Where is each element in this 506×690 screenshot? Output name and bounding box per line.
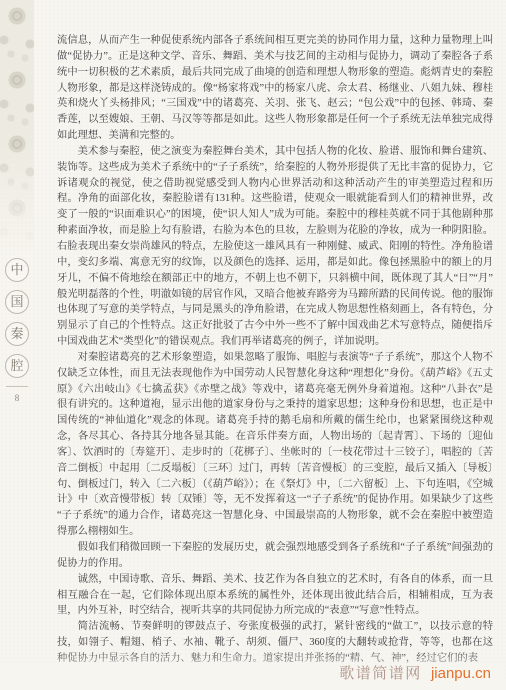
spine-divider — [6, 386, 28, 387]
watermark-site-name: 歌谱简谱网 — [339, 665, 422, 682]
floral-border-ornament — [0, 0, 34, 252]
scanned-book-page: 中 国 秦 腔 8 流信息，从而产生一种促使系统内部各子系统间相互更完美的协同作… — [0, 0, 506, 690]
spine-seal-circle: 秦 — [5, 322, 29, 346]
book-spine-title: 中 国 秦 腔 8 — [4, 258, 30, 403]
spine-seal-circle: 中 — [5, 258, 29, 282]
spine-char: 腔 — [10, 358, 23, 373]
page-number: 8 — [4, 393, 30, 403]
main-text-block: 流信息，从而产生一种促使系统内部各子系统间相互更完美的协同作用力量，这种力量物理… — [57, 33, 493, 667]
spine-char: 国 — [10, 294, 23, 309]
paragraph: 美术参与秦腔，使之演变为秦腔舞台美术，其中包括人物的化妆、脸谱、服饰和舞台建筑、… — [57, 144, 493, 350]
watermark: 歌谱简谱网 jianpu.cn — [339, 662, 491, 683]
spine-char: 中 — [10, 262, 23, 277]
paragraph: 简洁流畅、节奏鲜明的锣鼓点子、夸张度极强的武打，紧针密线的“做工”，以技示意的特… — [57, 619, 493, 667]
paragraph: 对秦腔诸葛亮的艺术形象塑造，如果忽略了服饰、唱腔与表演等“子子系统”，那这个人物… — [57, 350, 493, 540]
paragraph: 流信息，从而产生一种促使系统内部各子系统间相互更完美的协同作用力量，这种力量物理… — [57, 33, 493, 144]
paragraph: 诚然，中国诗歌、音乐、舞蹈、美术、技艺作为各自独立的艺术时，有各自的体系，而一旦… — [57, 572, 493, 620]
spine-seal-circle: 国 — [5, 290, 29, 314]
paragraph: 假如我们稍微回顾一下秦腔的发展历史，就会强烈地感受到各子系统和“子子系统”间强劲… — [57, 540, 493, 572]
spine-char: 秦 — [10, 326, 23, 341]
spine-seal-circle: 腔 — [5, 354, 29, 378]
watermark-site-url: jianpu.cn — [431, 665, 491, 682]
